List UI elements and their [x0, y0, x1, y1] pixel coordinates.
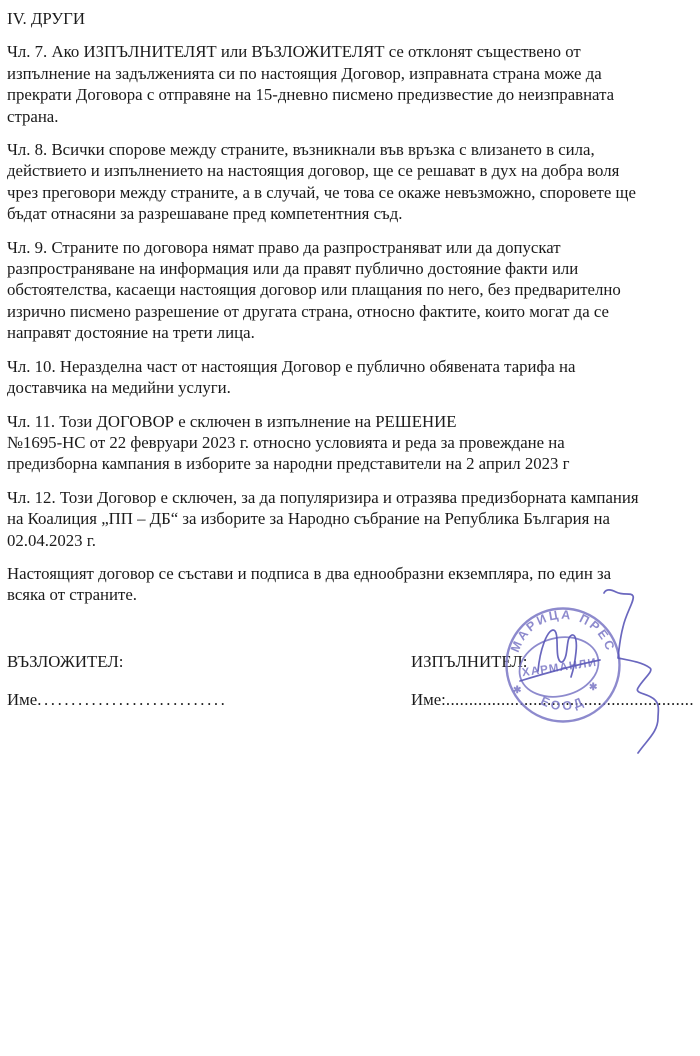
contractor-name-leader: ........................................… — [446, 690, 694, 709]
paragraph-article-11: Чл. 11. Този ДОГОВОР е сключен в изпълне… — [7, 411, 694, 475]
signature-block: ВЪЗЛОЖИТЕЛ: Име.........................… — [7, 651, 694, 711]
contractor-name-line: Име:....................................… — [411, 689, 694, 710]
paragraph-article-7: Чл. 7. Ако ИЗПЪЛНИТЕЛЯТ или ВЪЗЛОЖИТЕЛЯТ… — [7, 41, 694, 127]
contractor-label: ИЗПЪЛНИТЕЛ: — [411, 651, 694, 672]
section-heading: IV. ДРУГИ — [7, 8, 694, 29]
assignor-name-leader: ............................ — [37, 690, 227, 709]
contract-page: IV. ДРУГИ Чл. 7. Ако ИЗПЪЛНИТЕЛЯТ или ВЪ… — [0, 0, 700, 1056]
assignor-name-line: Име............................ — [7, 689, 411, 710]
stamp-company-name-arc: МАРИЦА ПРЕС — [508, 608, 618, 655]
paragraph-article-9: Чл. 9. Страните по договора нямат право … — [7, 237, 694, 344]
contractor-name-label: Име: — [411, 690, 446, 709]
assignor-label: ВЪЗЛОЖИТЕЛ: — [7, 651, 411, 672]
contractor-column: ИЗПЪЛНИТЕЛ: Име:........................… — [411, 651, 694, 711]
paragraph-article-8: Чл. 8. Всички спорове между страните, въ… — [7, 139, 694, 225]
paragraph-article-10: Чл. 10. Неразделна част от настоящия Дог… — [7, 356, 694, 399]
assignor-name-label: Име — [7, 690, 37, 709]
assignor-column: ВЪЗЛОЖИТЕЛ: Име.........................… — [7, 651, 411, 711]
paragraph-article-12: Чл. 12. Този Договор е сключен, за да по… — [7, 487, 694, 551]
paragraph-closing: Настоящият договор се състави и подписа … — [7, 563, 694, 606]
